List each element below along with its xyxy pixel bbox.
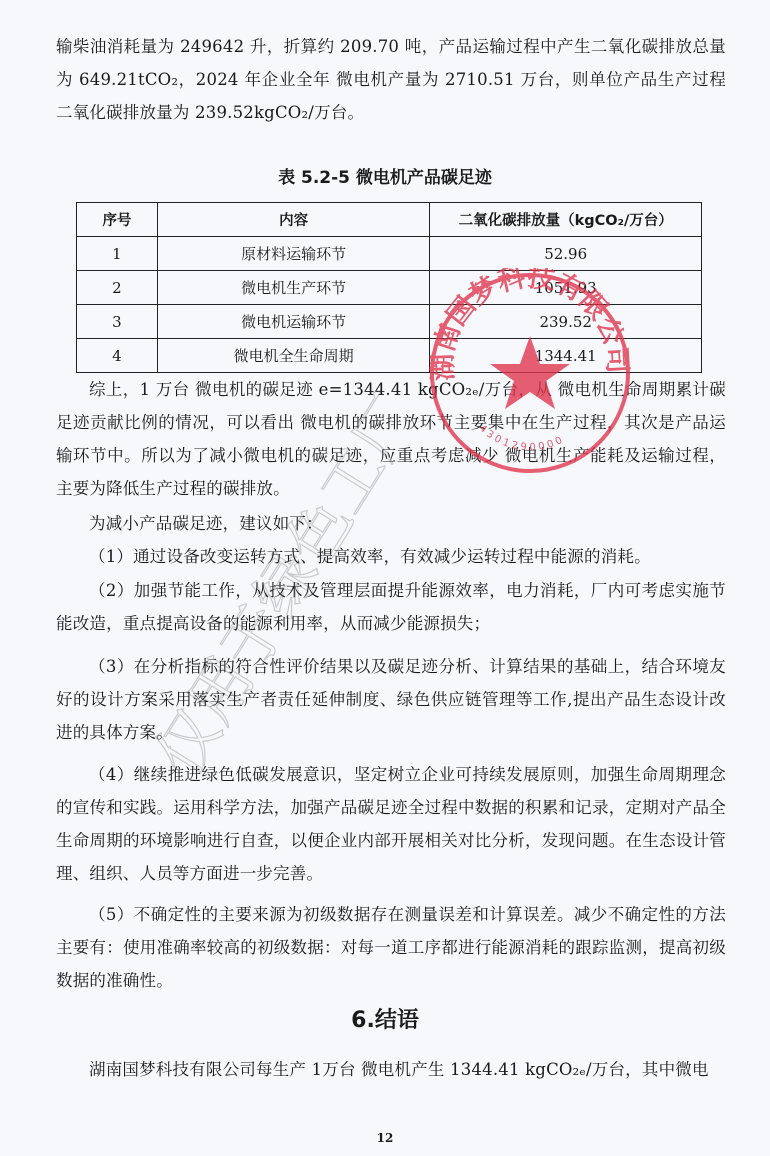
row-item: 微电机生产环节 (157, 271, 430, 305)
summary-paragraph: 综上，1 万台 微电机的碳足迹 e=1344.41 kgCO₂ₑ/万台，从 微电… (56, 373, 726, 505)
row-item: 微电机运输环节 (157, 305, 430, 339)
row-value: 1344.41 (430, 339, 702, 373)
row-value: 1051.93 (430, 271, 702, 305)
row-value: 239.52 (430, 305, 702, 339)
table-row: 3 微电机运输环节 239.52 (77, 305, 702, 339)
row-value: 52.96 (430, 237, 702, 271)
suggestion-intro: 为减小产品碳足迹，建议如下： (56, 507, 726, 540)
conclusion-paragraph: 湖南国梦科技有限公司每生产 1万台 微电机产生 1344.41 kgCO₂ₑ/万… (56, 1053, 726, 1086)
header-item: 内容 (157, 203, 430, 237)
row-no: 3 (77, 305, 158, 339)
suggestion-1: （1）通过设备改变运转方式、提高效率，有效减少运转过程中能源的消耗。 (56, 540, 726, 573)
suggestion-3: （3）在分析指标的符合性评价结果以及碳足迹分析、计算结果的基础上，结合环境友好的… (56, 650, 726, 749)
suggestion-4: （4）继续推进绿色低碳发展意识，坚定树立企业可持续发展原则，加强生命周期理念的宣… (56, 758, 726, 890)
table-row: 4 微电机全生命周期 1344.41 (77, 339, 702, 373)
table-row: 2 微电机生产环节 1051.93 (77, 271, 702, 305)
table-header-row: 序号 内容 二氧化碳排放量（kgCO₂/万台） (77, 203, 702, 237)
table-caption: 表 5.2-5 微电机产品碳足迹 (0, 163, 770, 188)
page-number: 12 (0, 1131, 770, 1145)
row-no: 1 (77, 237, 158, 271)
section-title: 6.结语 (0, 1003, 770, 1034)
row-item: 原材料运输环节 (157, 237, 430, 271)
suggestion-5: （5）不确定性的主要来源为初级数据存在测量误差和计算误差。减少不确定性的方法主要… (56, 898, 726, 997)
document-page: 输柴油消耗量为 249642 升，折算约 209.70 吨，产品运输过程中产生二… (0, 0, 770, 1156)
table-row: 1 原材料运输环节 52.96 (77, 237, 702, 271)
intro-paragraph: 输柴油消耗量为 249642 升，折算约 209.70 吨，产品运输过程中产生二… (56, 30, 726, 129)
row-item: 微电机全生命周期 (157, 339, 430, 373)
row-no: 4 (77, 339, 158, 373)
header-no: 序号 (77, 203, 158, 237)
carbon-footprint-table: 序号 内容 二氧化碳排放量（kgCO₂/万台） 1 原材料运输环节 52.96 … (76, 202, 702, 373)
header-value: 二氧化碳排放量（kgCO₂/万台） (430, 203, 702, 237)
row-no: 2 (77, 271, 158, 305)
suggestion-2: （2）加强节能工作，从技术及管理层面提升能源效率，电力消耗，厂内可考虑实施节能改… (56, 574, 726, 640)
